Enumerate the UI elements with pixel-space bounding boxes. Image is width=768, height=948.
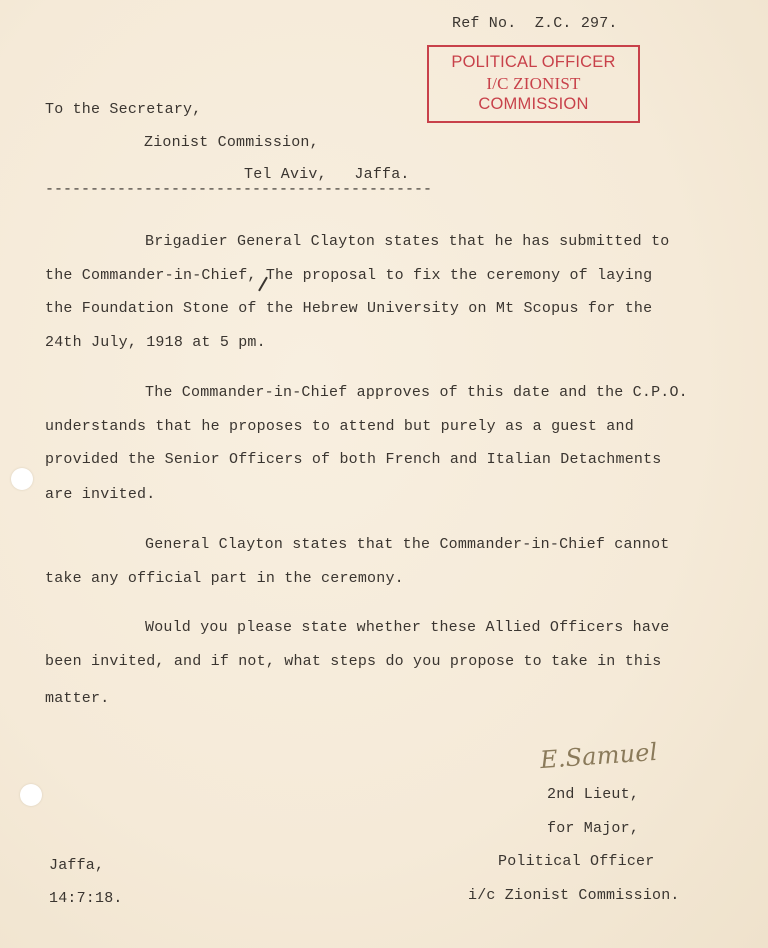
body-line: 24th July, 1918 at 5 pm.	[45, 334, 266, 352]
body-line: Brigadier General Clayton states that he…	[145, 233, 669, 251]
body-line: been invited, and if not, what steps do …	[45, 653, 662, 671]
addressee-line-1: To the Secretary,	[45, 101, 201, 119]
letter-date: 14:7:18.	[49, 890, 123, 908]
letter-place: Jaffa,	[49, 857, 104, 875]
signoff-rank: 2nd Lieut,	[547, 786, 639, 804]
signoff-for: for Major,	[547, 820, 639, 838]
signoff-office: i/c Zionist Commission.	[468, 887, 680, 905]
punch-hole	[11, 468, 33, 490]
body-line: take any official part in the ceremony.	[45, 570, 404, 588]
body-line: understands that he proposes to attend b…	[45, 418, 634, 436]
body-line: The Commander-in-Chief approves of this …	[145, 384, 688, 402]
body-line: General Clayton states that the Commande…	[145, 536, 669, 554]
reference-number: Ref No. Z.C. 297.	[452, 15, 618, 33]
punch-hole	[20, 784, 42, 806]
body-line: provided the Senior Officers of both Fre…	[45, 451, 662, 469]
stamp-line-1: POLITICAL OFFICER	[429, 52, 638, 73]
dashed-rule: ----------------------------------------…	[45, 181, 432, 199]
official-stamp: POLITICAL OFFICER I/C ZIONIST COMMISSION	[427, 45, 640, 123]
body-line: Would you please state whether these All…	[145, 619, 669, 637]
letter-page: Ref No. Z.C. 297. POLITICAL OFFICER I/C …	[0, 0, 768, 948]
signoff-title: Political Officer	[498, 853, 654, 871]
body-line: the Commander-in-Chief, The proposal to …	[45, 267, 652, 285]
handwritten-signature: E.Samuel	[539, 738, 658, 774]
body-line: the Foundation Stone of the Hebrew Unive…	[45, 300, 652, 318]
stamp-line-3: COMMISSION	[429, 94, 638, 115]
stamp-line-2: I/C ZIONIST	[429, 73, 638, 94]
addressee-line-2: Zionist Commission,	[144, 134, 319, 152]
body-line: are invited.	[45, 486, 155, 504]
body-line: matter.	[45, 690, 109, 708]
